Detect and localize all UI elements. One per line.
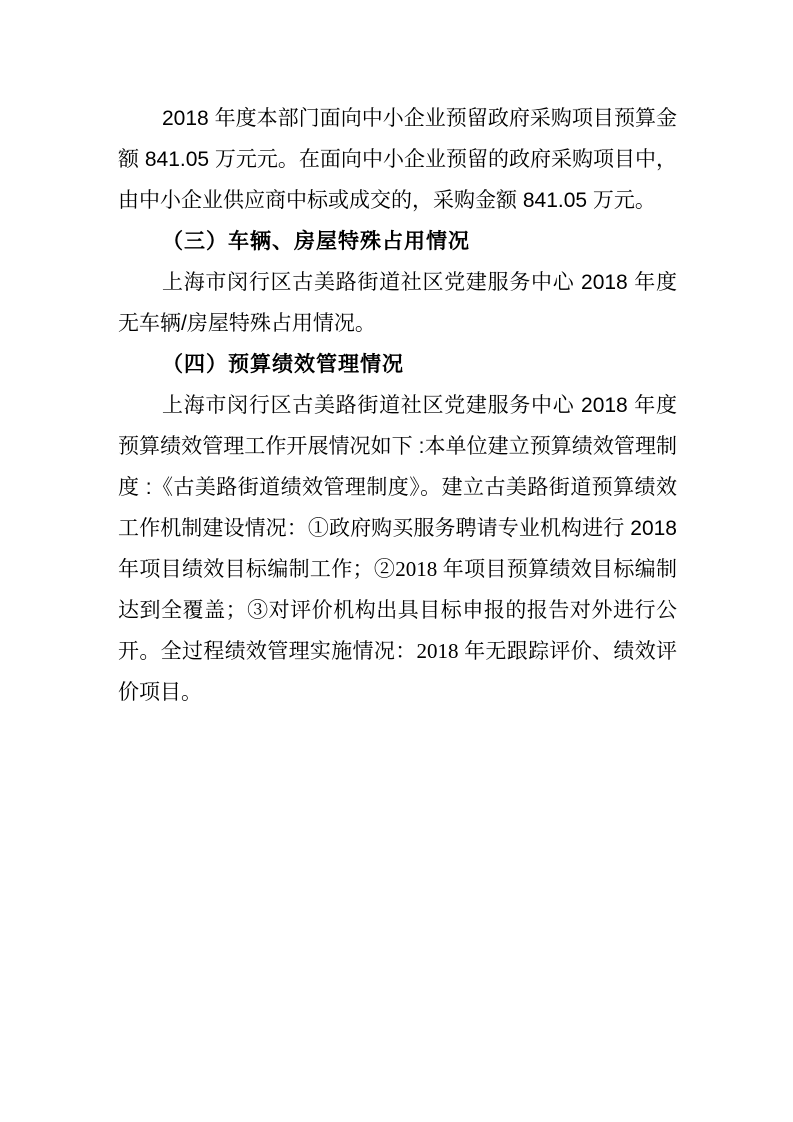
heading-section-3-vehicles-housing: （三）车辆、房屋特殊占用情况 <box>118 221 677 262</box>
year-number-1: 2018 <box>395 557 443 581</box>
document-page: 2018 年度本部门面向中小企业预留政府采购项目预算金额 841.05 万元元。… <box>0 0 793 1122</box>
performance-text-segment-1: 上海市闵行区古美路街道社区党建服务中心 2018 年度预算绩效管理工作开展情况如… <box>118 394 677 581</box>
paragraph-budget-performance: 上海市闵行区古美路街道社区党建服务中心 2018 年度预算绩效管理工作开展情况如… <box>118 385 677 713</box>
year-number-2: 2018 <box>417 639 465 663</box>
paragraph-vehicles-housing: 上海市闵行区古美路街道社区党建服务中心 2018 年度无车辆/房屋特殊占用情况。 <box>118 262 677 344</box>
heading-section-4-budget-performance: （四）预算绩效管理情况 <box>118 344 677 385</box>
paragraph-sme-procurement: 2018 年度本部门面向中小企业预留政府采购项目预算金额 841.05 万元元。… <box>118 98 677 221</box>
document-body: 2018 年度本部门面向中小企业预留政府采购项目预算金额 841.05 万元元。… <box>118 98 677 713</box>
